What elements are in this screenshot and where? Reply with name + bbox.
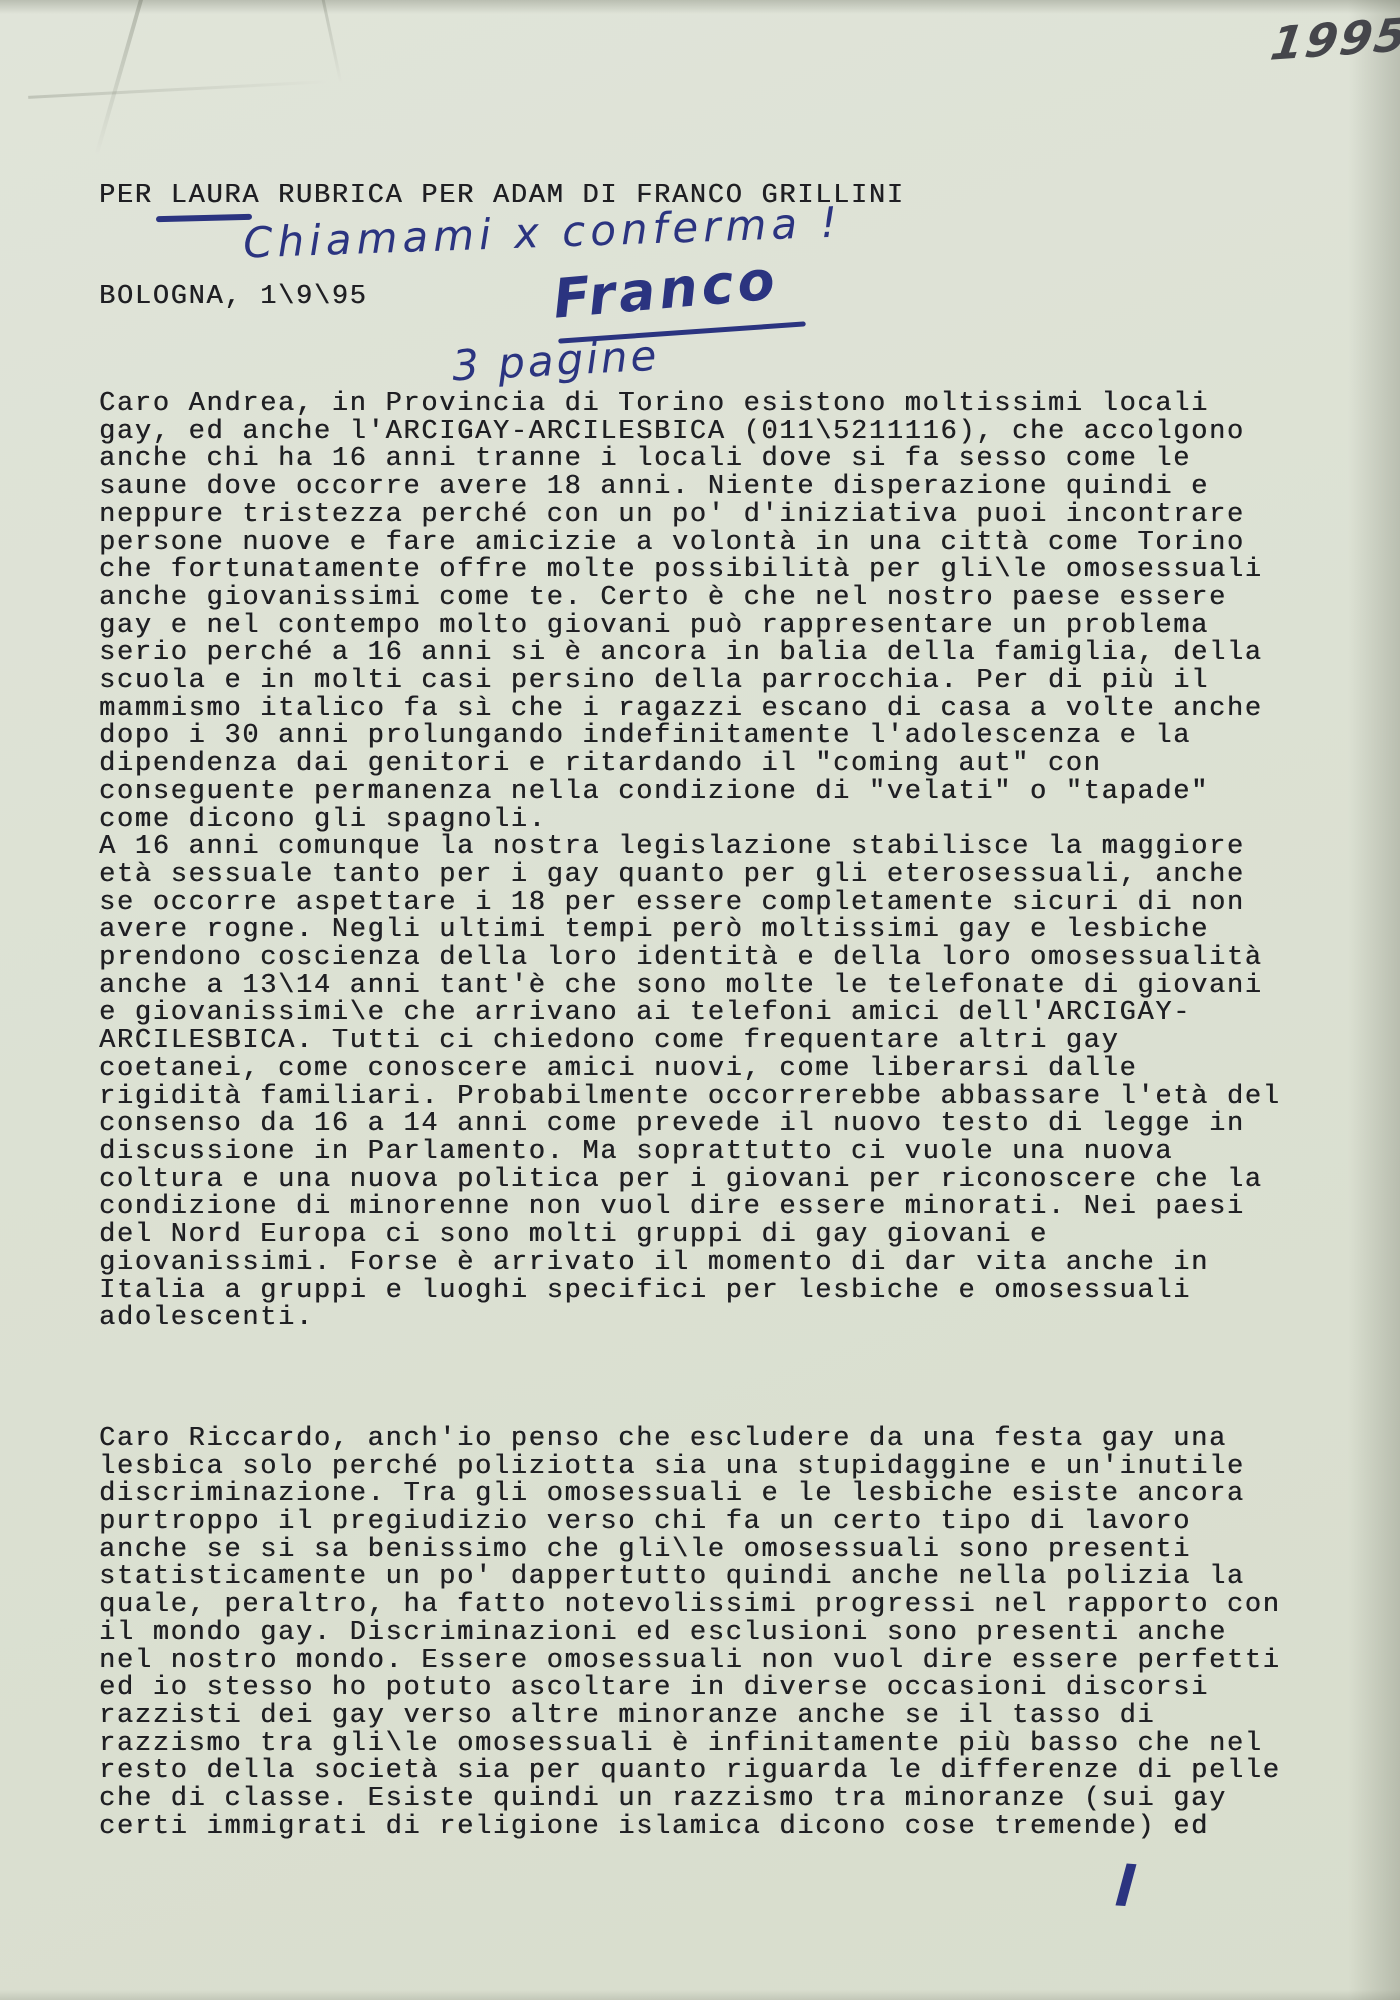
handwritten-check-mark: l — [1113, 1854, 1137, 1920]
handwritten-pages-note: 3 pagine — [451, 331, 661, 391]
date-line: BOLOGNA, 1\9\95 — [99, 282, 368, 312]
paragraph-to-riccardo: Caro Riccardo, anch'io penso che esclude… — [99, 1426, 1281, 1842]
paper-crease — [28, 80, 328, 99]
handwritten-signature: Franco — [551, 248, 781, 330]
pen-underline-laura — [156, 214, 252, 223]
letter-body: Caro Andrea, in Provincia di Torino esis… — [99, 391, 1281, 1841]
scanned-letter-page: 1995 PER LAURA RUBRICA PER ADAM DI FRANC… — [0, 0, 1400, 2000]
paragraph-to-andrea: Caro Andrea, in Provincia di Torino esis… — [99, 391, 1281, 1333]
scan-bottom-shadow — [0, 1990, 1400, 2000]
paper-crease — [95, 0, 146, 155]
handwritten-year-mark: 1995 — [1267, 7, 1400, 70]
scan-top-shadow — [0, 0, 1400, 14]
scan-right-shadow — [1348, 0, 1400, 2000]
